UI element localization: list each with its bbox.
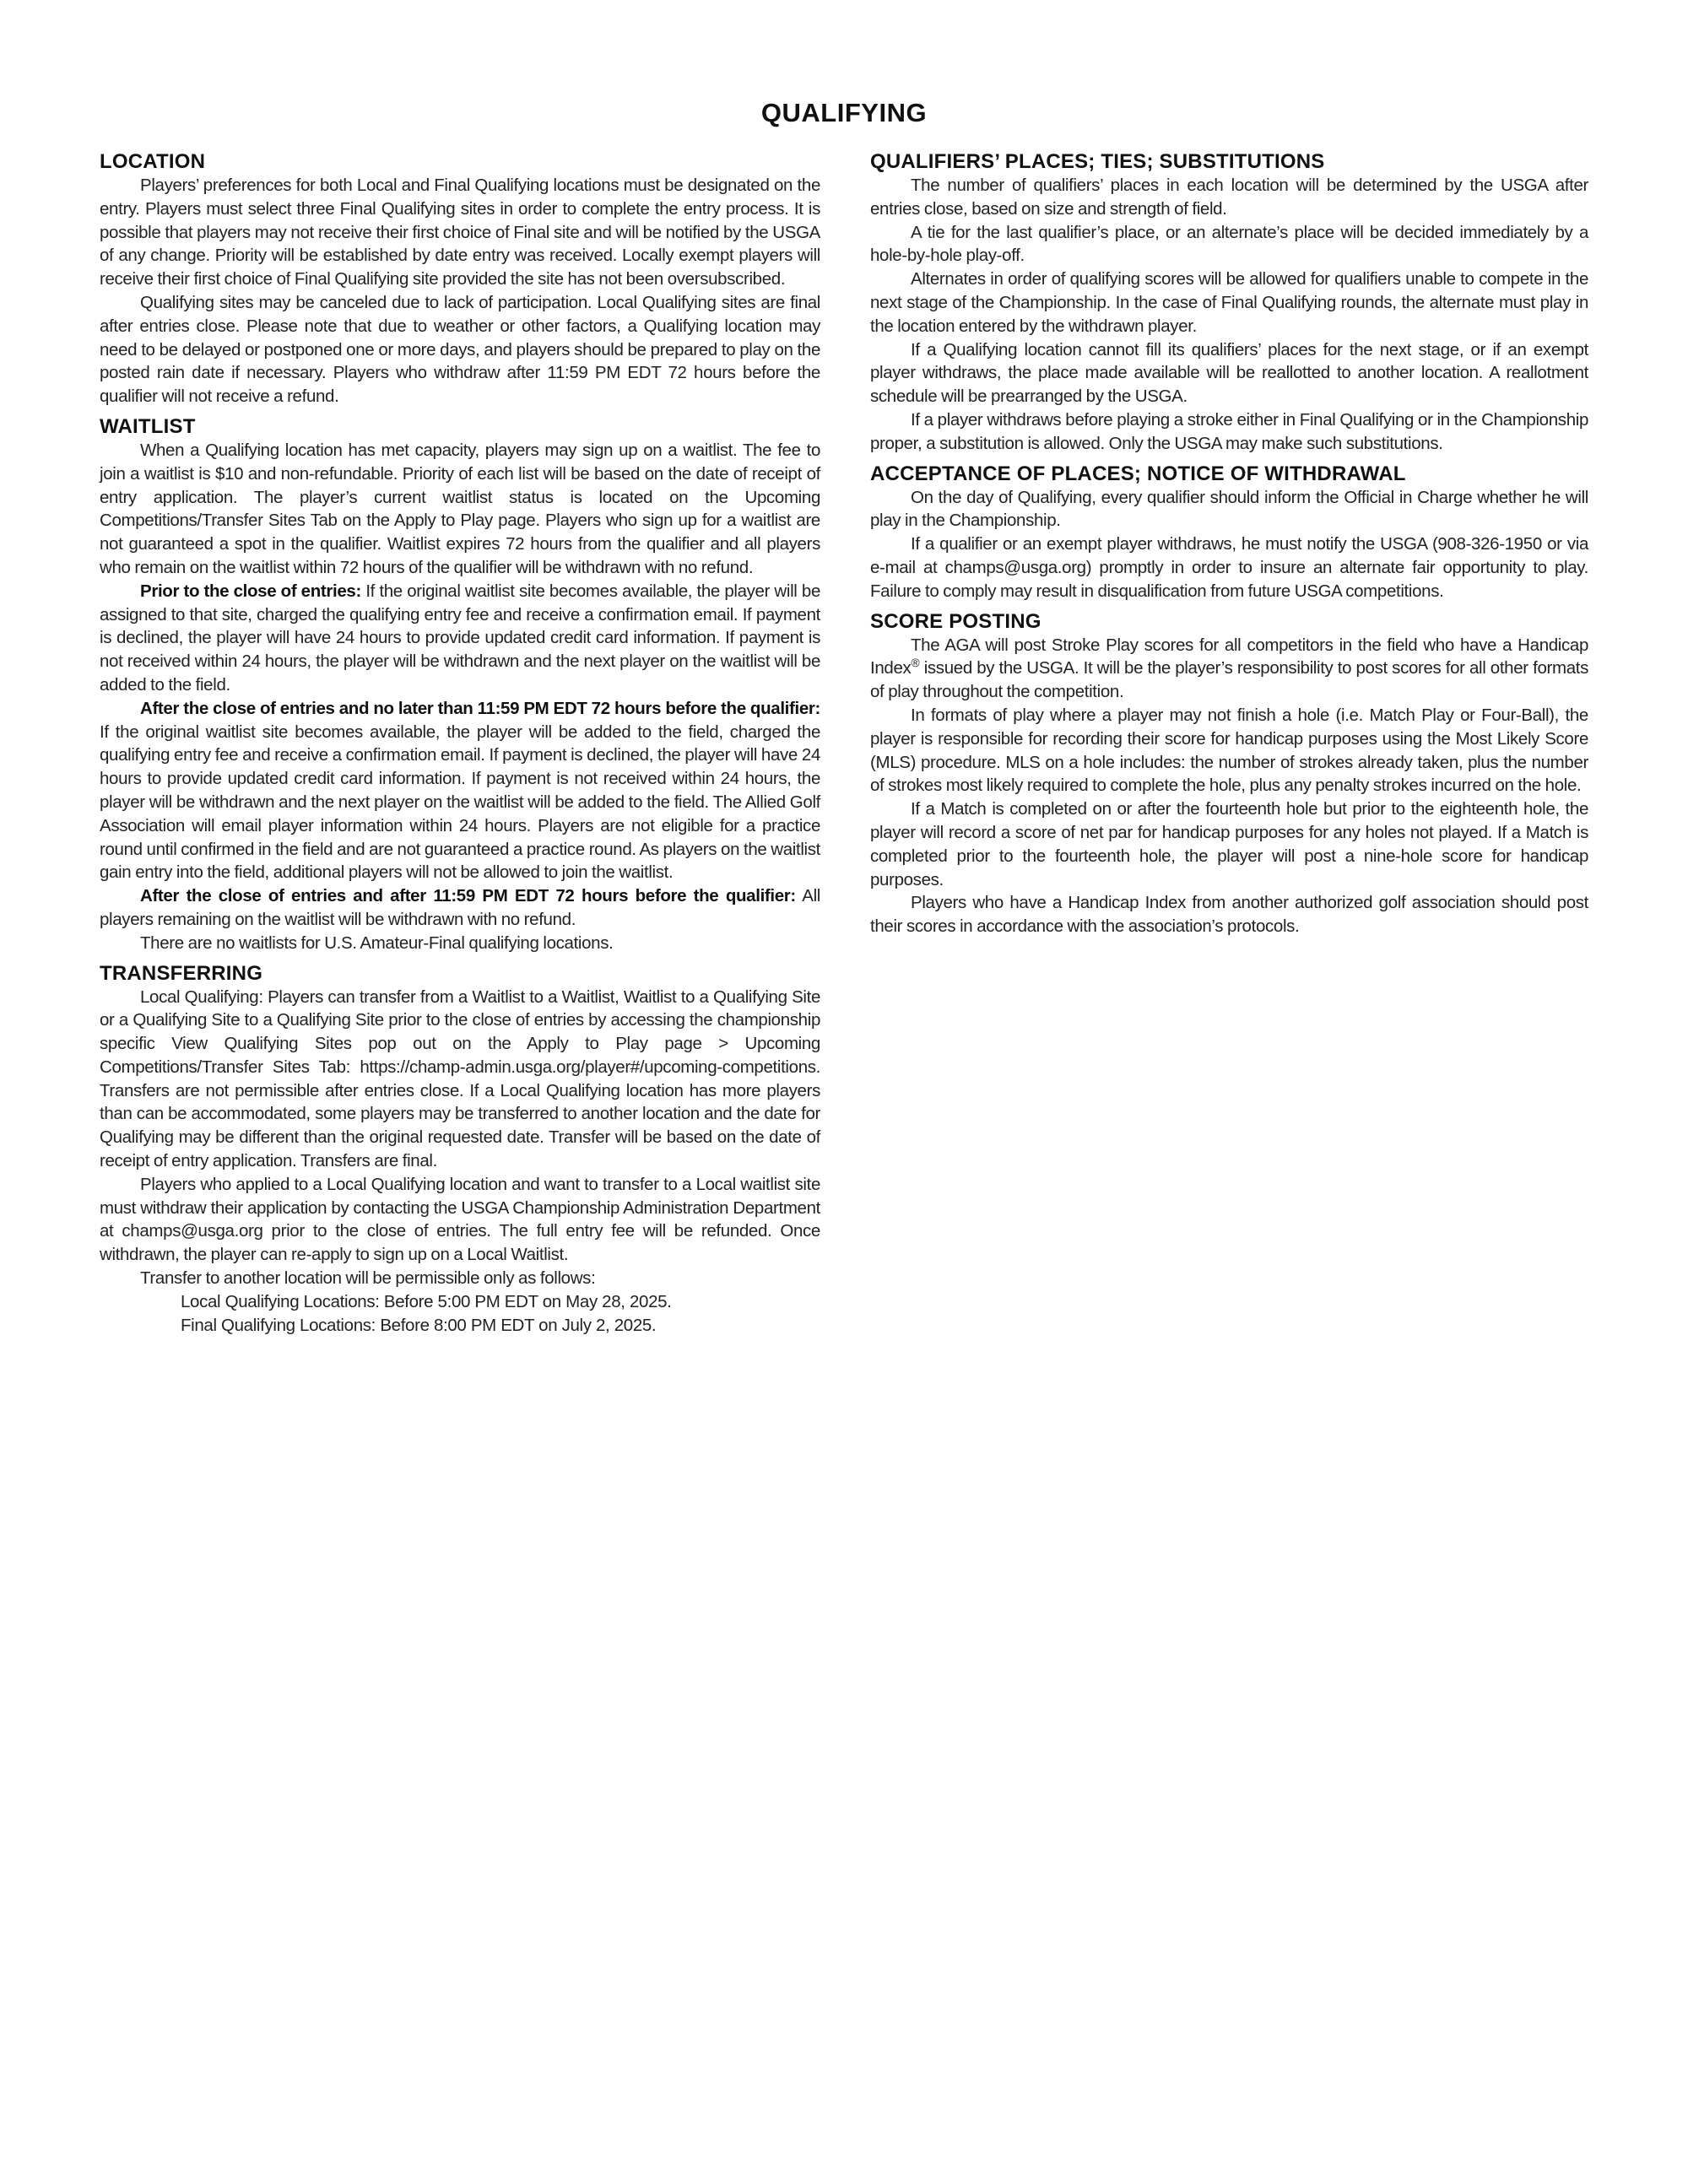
acceptance-paragraph-1: On the day of Qualifying, every qualifie… <box>870 486 1588 533</box>
waitlist-note: There are no waitlists for U.S. Amateur-… <box>100 932 820 955</box>
score-posting-paragraph-4: Players who have a Handicap Index from a… <box>870 891 1588 938</box>
location-paragraph-1: Players’ preferences for both Local and … <box>100 174 820 291</box>
acceptance-paragraph-2: If a qualifier or an exempt player withd… <box>870 532 1588 603</box>
score-posting-paragraph-2: In formats of play where a player may no… <box>870 704 1588 797</box>
score-posting-paragraph-3: If a Match is completed on or after the … <box>870 797 1588 891</box>
section-heading-qualifiers-places: QUALIFIERS’ PLACES; TIES; SUBSTITUTIONS <box>870 150 1588 174</box>
waitlist-late-lead: After the close of entries and after 11:… <box>140 886 796 905</box>
location-paragraph-2: Qualifying sites may be canceled due to … <box>100 291 820 408</box>
score-posting-paragraph-1: The AGA will post Stroke Play scores for… <box>870 634 1588 704</box>
section-heading-transferring: TRANSFERRING <box>100 962 820 986</box>
section-location: LOCATION Players’ preferences for both L… <box>100 150 820 408</box>
left-column: LOCATION Players’ preferences for both L… <box>100 150 820 1343</box>
transfer-deadline-local: Local Qualifying Locations: Before 5:00 … <box>100 1290 820 1314</box>
section-waitlist: WAITLIST When a Qualifying location has … <box>100 415 820 955</box>
section-score-posting: SCORE POSTING The AGA will post Stroke P… <box>870 610 1588 938</box>
qualifiers-paragraph-1: The number of qualifiers’ places in each… <box>870 174 1588 221</box>
registered-mark: ® <box>911 657 919 670</box>
section-heading-acceptance: ACCEPTANCE OF PLACES; NOTICE OF WITHDRAW… <box>870 462 1588 486</box>
section-heading-score-posting: SCORE POSTING <box>870 610 1588 634</box>
qualifiers-paragraph-2: A tie for the last qualifier’s place, or… <box>870 221 1588 268</box>
transfer-deadlines-intro: Transfer to another location will be per… <box>100 1267 820 1290</box>
waitlist-intro-paragraph: When a Qualifying location has met capac… <box>100 439 820 580</box>
section-heading-location: LOCATION <box>100 150 820 174</box>
qualifiers-paragraph-5: If a player withdraws before playing a s… <box>870 408 1588 456</box>
right-column: QUALIFIERS’ PLACES; TIES; SUBSTITUTIONS … <box>870 150 1588 945</box>
waitlist-prior-lead: Prior to the close of entries: <box>140 581 361 601</box>
score-posting-p1-after: issued by the USGA. It will be the playe… <box>870 658 1588 701</box>
transferring-paragraph-1: Local Qualifying: Players can transfer f… <box>100 986 820 1173</box>
waitlist-after-paragraph: After the close of entries and no later … <box>100 697 820 884</box>
waitlist-late-paragraph: After the close of entries and after 11:… <box>100 884 820 932</box>
qualifiers-paragraph-3: Alternates in order of qualifying scores… <box>870 268 1588 338</box>
section-acceptance: ACCEPTANCE OF PLACES; NOTICE OF WITHDRAW… <box>870 462 1588 603</box>
waitlist-after-lead: After the close of entries and no later … <box>140 699 820 718</box>
waitlist-prior-paragraph: Prior to the close of entries: If the or… <box>100 580 820 697</box>
page-title: QUALIFYING <box>0 98 1688 128</box>
transfer-deadline-final: Final Qualifying Locations: Before 8:00 … <box>100 1314 820 1338</box>
section-heading-waitlist: WAITLIST <box>100 415 820 439</box>
transferring-paragraph-2: Players who applied to a Local Qualifyin… <box>100 1173 820 1267</box>
waitlist-after-body: If the original waitlist site becomes av… <box>100 722 820 883</box>
section-qualifiers-places: QUALIFIERS’ PLACES; TIES; SUBSTITUTIONS … <box>870 150 1588 456</box>
qualifiers-paragraph-4: If a Qualifying location cannot fill its… <box>870 338 1588 408</box>
section-transferring: TRANSFERRING Local Qualifying: Players c… <box>100 962 820 1338</box>
